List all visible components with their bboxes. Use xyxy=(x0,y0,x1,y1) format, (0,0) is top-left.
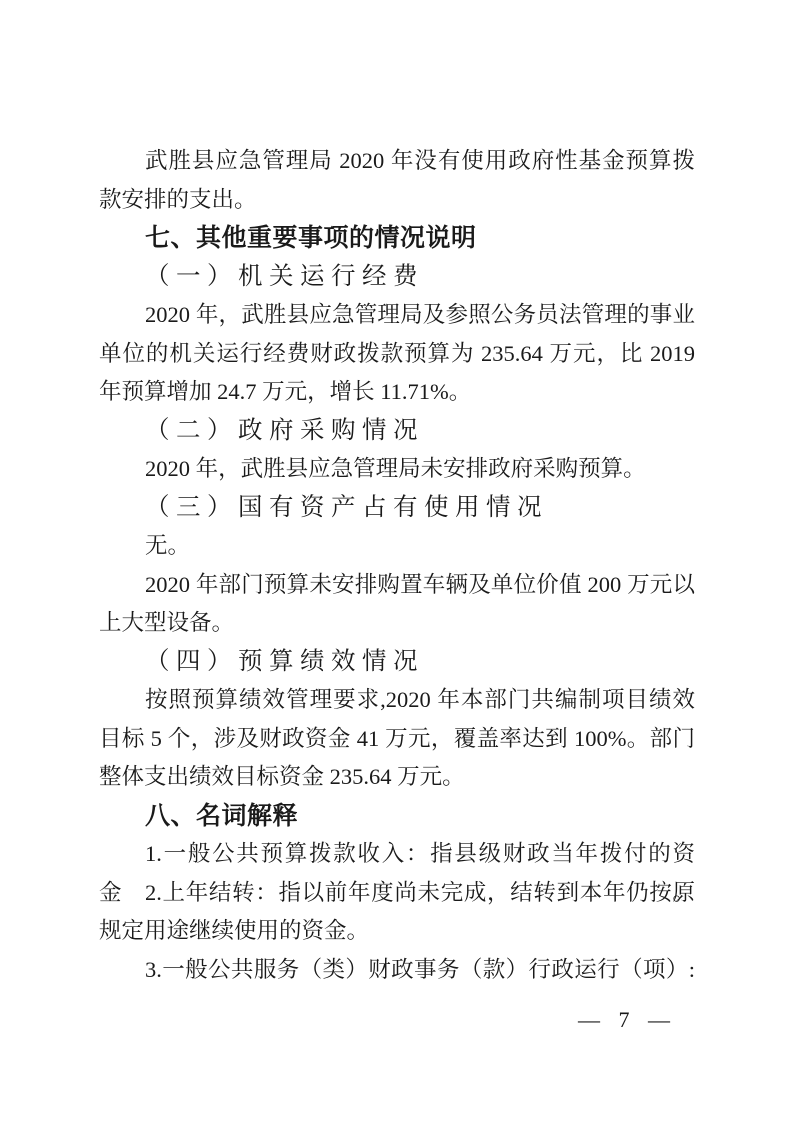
subsection-heading-1: （一）机关运行经费 xyxy=(99,258,695,297)
glossary-term-1: 1.一般公共预算拨款收入：指县级财政当年拨付的资金。 xyxy=(99,835,695,874)
paragraph-line: 按照预算绩效管理要求,2020 年本部门共编制项目绩效 xyxy=(99,681,695,720)
subsection-heading-4: （四）预算绩效情况 xyxy=(99,643,695,682)
section-heading-other-items: 七、其他重要事项的情况说明 xyxy=(99,219,695,258)
subsection-heading-2: （二）政府采购情况 xyxy=(99,412,695,451)
paragraph-line: 单位的机关运行经费财政拨款预算为 235.64 万元，比 2019 xyxy=(99,335,695,374)
section-heading-glossary: 八、名词解释 xyxy=(99,797,695,836)
glossary-term-2-continuation: 规定用途继续使用的资金。 xyxy=(99,912,695,951)
document-body: 武胜县应急管理局 2020 年没有使用政府性基金预算拨 款安排的支出。 七、其他… xyxy=(99,142,695,989)
paragraph-line: 无。 xyxy=(99,527,695,566)
glossary-term-2: 2.上年结转：指以前年度尚未完成，结转到本年仍按原 xyxy=(99,874,695,913)
paragraph-line: 整体支出绩效目标资金 235.64 万元。 xyxy=(99,758,695,797)
document-page: 武胜县应急管理局 2020 年没有使用政府性基金预算拨 款安排的支出。 七、其他… xyxy=(0,0,793,1122)
paragraph-line: 上大型设备。 xyxy=(99,604,695,643)
page-number: — 7 — xyxy=(578,1006,674,1034)
paragraph-line: 2020 年，武胜县应急管理局未安排政府采购预算。 xyxy=(99,450,695,489)
paragraph-line: 2020 年部门预算未安排购置车辆及单位价值 200 万元以 xyxy=(99,566,695,605)
paragraph-line: 目标 5 个，涉及财政资金 41 万元，覆盖率达到 100%。部门 xyxy=(99,720,695,759)
subsection-heading-3: （三）国有资产占有使用情况 xyxy=(99,489,695,528)
glossary-term-3: 3.一般公共服务（类）财政事务（款）行政运行（项）: xyxy=(99,951,695,990)
paragraph-line: 武胜县应急管理局 2020 年没有使用政府性基金预算拨 xyxy=(99,142,695,181)
paragraph-line: 2020 年，武胜县应急管理局及参照公务员法管理的事业 xyxy=(99,296,695,335)
paragraph-line: 年预算增加 24.7 万元，增长 11.71%。 xyxy=(99,373,695,412)
paragraph-line: 款安排的支出。 xyxy=(99,181,695,220)
